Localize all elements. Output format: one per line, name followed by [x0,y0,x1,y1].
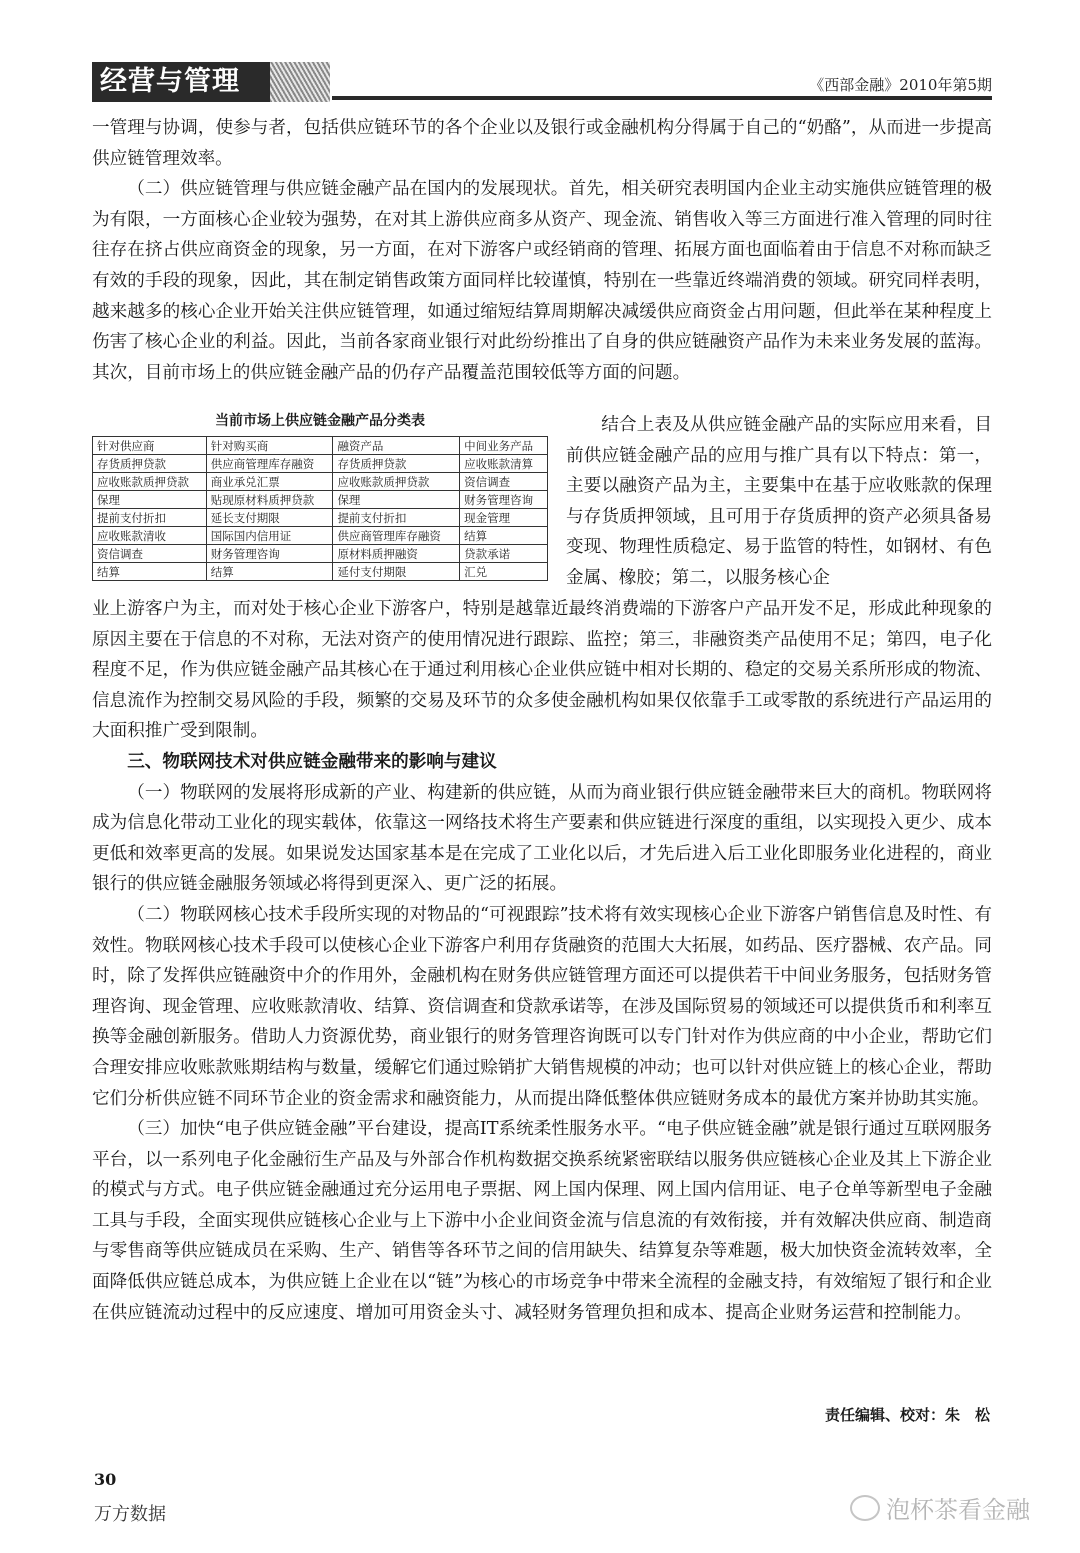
paragraph-3-1: （一）物联网的发展将形成新的产业、构建新的供应链，从而为商业银行供应链金融带来巨… [92,778,992,900]
table-row: 应收账款清收 国际国内信用证 供应商管理库存融资 结算 [93,527,548,545]
section-header: 经营与管理 [92,62,332,104]
product-table: 针对供应商 针对购买商 融资产品 中间业务产品 存货质押贷款 供应商管理库存融资… [92,436,548,581]
table-cell: 存货质押贷款 [333,455,460,473]
table-cell: 国际国内信用证 [206,527,333,545]
table-cell: 贷款承诺 [460,545,548,563]
paragraph-3-3: （三）加快“电子供应链金融”平台建设，提高IT系统柔性服务水平。“电子供应链金融… [92,1114,992,1328]
table-cell: 保理 [93,491,207,509]
database-mark: 万方数据 [94,1500,166,1526]
table-cell: 提前支付折扣 [93,509,207,527]
table-cell: 中间业务产品 [460,437,548,455]
table-cell: 财务管理咨询 [460,491,548,509]
table-row: 针对供应商 针对购买商 融资产品 中间业务产品 [93,437,548,455]
table-cell: 资信调查 [93,545,207,563]
decorative-texture [270,62,330,102]
intro-section: 一管理与协调，使参与者，包括供应链环节的各个企业以及银行或金融机构分得属于自己的… [92,113,992,388]
table-row: 资信调查 财务管理咨询 原材料质押融资 贷款承诺 [93,545,548,563]
page-number: 30 [94,1470,116,1489]
side-paragraph: 结合上表及从供应链金融产品的实际应用来看，目前供应链金融产品的应用与推广具有以下… [566,410,992,594]
table-cell: 财务管理咨询 [206,545,333,563]
table-cell: 原材料质押融资 [333,545,460,563]
table-cell: 应收账款清收 [93,527,207,545]
table-cell: 应收账款质押贷款 [93,473,207,491]
table-cell: 资信调查 [460,473,548,491]
table-cell: 融资产品 [333,437,460,455]
table-cell: 提前支付折扣 [333,509,460,527]
paragraph-2-2: （二）供应链管理与供应链金融产品在国内的发展现状。首先，相关研究表明国内企业主动… [92,174,992,388]
editor-credit: 责任编辑、校对：朱 松 [825,1404,990,1425]
table-row: 提前支付折扣 延长支付期限 提前支付折扣 现金管理 [93,509,548,527]
table-cell: 供应商管理库存融资 [206,455,333,473]
chat-bubble-icon [850,1495,880,1521]
table-cell: 应收账款质押贷款 [333,473,460,491]
paragraph-3-2: （二）物联网核心技术手段所实现的对物品的“可视跟踪”技术将有效实现核心企业下游客… [92,900,992,1114]
table-cell: 保理 [333,491,460,509]
table-row: 保理 贴现原材料质押贷款 保理 财务管理咨询 [93,491,548,509]
table-cell: 针对购买商 [206,437,333,455]
table-cell: 延长支付期限 [206,509,333,527]
table-title: 当前市场上供应链金融产品分类表 [92,410,548,430]
journal-info: 《西部金融》2010年第5期 [809,74,992,95]
table-cell: 结算 [460,527,548,545]
table-row: 存货质押贷款 供应商管理库存融资 存货质押贷款 应收账款清算 [93,455,548,473]
table-cell: 现金管理 [460,509,548,527]
paragraph-continued-2: 业上游客户为主，而对处于核心企业下游客户，特别是越靠近最终消费端的下游客户产品开… [92,594,992,747]
section-tag: 经营与管理 [92,62,270,102]
paragraph-continued: 一管理与协调，使参与者，包括供应链环节的各个企业以及银行或金融机构分得属于自己的… [92,113,992,174]
table-cell: 贴现原材料质押贷款 [206,491,333,509]
table-cell: 针对供应商 [93,437,207,455]
main-section: 业上游客户为主，而对处于核心企业下游客户，特别是越靠近最终消费端的下游客户产品开… [92,594,992,1328]
table-row: 结算 结算 延付支付期限 汇兑 [93,563,548,581]
table-cell: 应收账款清算 [460,455,548,473]
classification-table: 当前市场上供应链金融产品分类表 针对供应商 针对购买商 融资产品 中间业务产品 … [92,410,548,581]
table-cell: 结算 [93,563,207,581]
header-rule [332,96,992,100]
table-cell: 延付支付期限 [333,563,460,581]
watermark: 泡杯茶看金融 [850,1490,1030,1525]
watermark-text: 泡杯茶看金融 [886,1490,1030,1525]
table-cell: 供应商管理库存融资 [333,527,460,545]
table-cell: 商业承兑汇票 [206,473,333,491]
section-heading-3: 三、物联网技术对供应链金融带来的影响与建议 [92,747,992,778]
table-cell: 汇兑 [460,563,548,581]
table-cell: 存货质押贷款 [93,455,207,473]
table-row: 应收账款质押贷款 商业承兑汇票 应收账款质押贷款 资信调查 [93,473,548,491]
table-cell: 结算 [206,563,333,581]
